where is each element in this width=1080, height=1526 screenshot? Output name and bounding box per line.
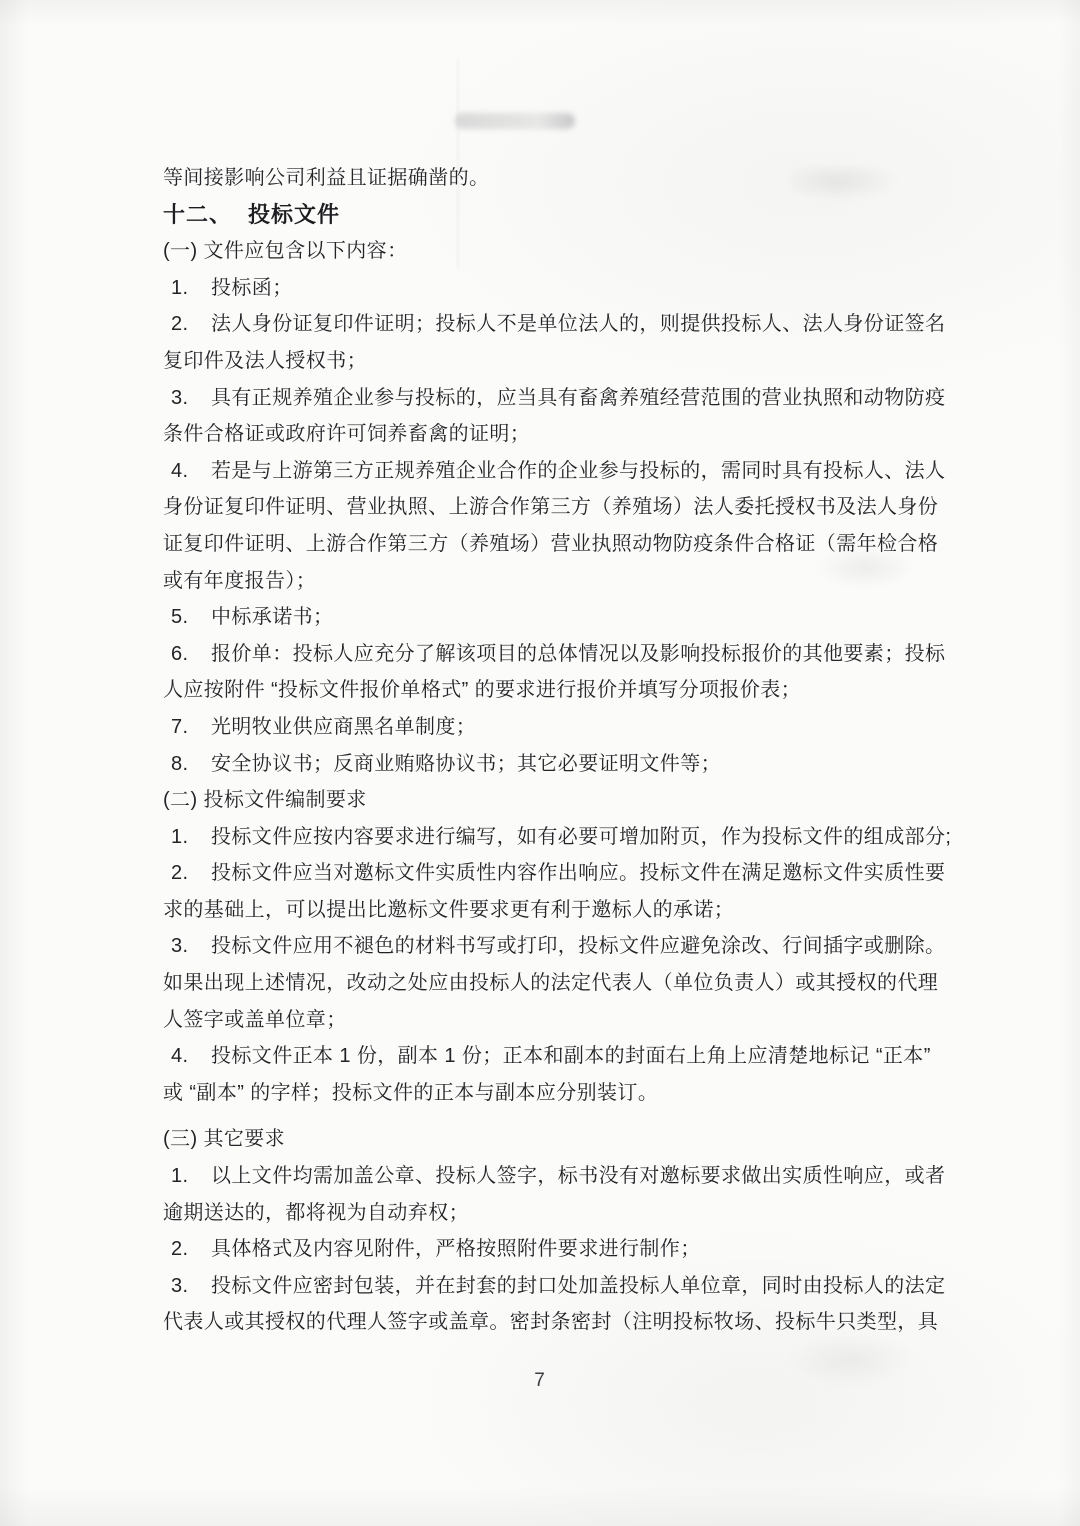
item-number: 2. — [171, 1231, 211, 1268]
item-text: 投标文件应当对邀标文件实质性内容作出响应。投标文件在满足邀标文件实质性要 — [211, 862, 945, 884]
item-text: 安全协议书；反商业贿赂协议书；其它必要证明文件等； — [211, 753, 721, 775]
heading-title: 投标文件 — [248, 202, 340, 227]
list-item-line: 3.投标文件应用不褪色的材料书写或打印，投标文件应避免涂改、行间插字或删除。 — [163, 928, 923, 965]
item-number: 7. — [171, 709, 211, 746]
list-item-line: 5.中标承诺书； — [163, 599, 923, 636]
item-text: 投标函； — [211, 277, 293, 299]
list-item-continuation: 人应按附件 “投标文件报价单格式” 的要求进行报价并填写分项报价表； — [163, 672, 923, 709]
section-heading: 十二、投标文件 — [163, 197, 923, 234]
section-label: (二) 投标文件编制要求 — [163, 782, 923, 819]
item-number: 1. — [171, 270, 211, 307]
list-item-line: 8.安全协议书；反商业贿赂协议书；其它必要证明文件等； — [163, 746, 923, 783]
item-text: 投标文件应密封包装，并在封套的封口处加盖投标人单位章，同时由投标人的法定 — [211, 1275, 945, 1297]
item-number: 4. — [171, 1038, 211, 1075]
list-item-line: 1.投标函； — [163, 270, 923, 307]
item-number: 4. — [171, 453, 211, 490]
item-text: 法人身份证复印件证明；投标人不是单位法人的，则提供投标人、法人身份证签名 — [211, 313, 945, 335]
list-item-continuation: 人签字或盖单位章； — [163, 1002, 923, 1039]
list-item-continuation: 证复印件证明、上游合作第三方（养殖场）营业执照动物防疫条件合格证（需年检合格 — [163, 526, 923, 563]
scan-smudge-artifact — [455, 113, 575, 129]
item-number: 1. — [171, 1158, 211, 1195]
item-number: 3. — [171, 380, 211, 417]
list-item-line: 3.投标文件应密封包装，并在封套的封口处加盖投标人单位章，同时由投标人的法定 — [163, 1268, 923, 1305]
item-number: 8. — [171, 746, 211, 783]
list-item-continuation: 条件合格证或政府许可饲养畜禽的证明； — [163, 416, 923, 453]
list-item-line: 4.若是与上游第三方正规养殖企业合作的企业参与投标的，需同时具有投标人、法人 — [163, 453, 923, 490]
list-item-line: 1.以上文件均需加盖公章、投标人签字，标书没有对邀标要求做出实质性响应，或者 — [163, 1158, 923, 1195]
list-item-continuation: 复印件及法人授权书； — [163, 343, 923, 380]
heading-number: 十二、 — [163, 202, 232, 227]
section-label: (三) 其它要求 — [163, 1121, 923, 1158]
item-number: 5. — [171, 599, 211, 636]
item-text: 具体格式及内容见附件，严格按照附件要求进行制作； — [211, 1238, 701, 1260]
list-item-line: 1.投标文件应按内容要求进行编写，如有必要可增加附页，作为投标文件的组成部分; — [163, 819, 923, 856]
item-number: 2. — [171, 855, 211, 892]
list-item-continuation: 求的基础上，可以提出比邀标文件要求更有利于邀标人的承诺； — [163, 892, 923, 929]
item-text: 投标文件应用不褪色的材料书写或打印，投标文件应避免涂改、行间插字或删除。 — [211, 935, 945, 957]
item-text: 投标文件应按内容要求进行编写，如有必要可增加附页，作为投标文件的组成部分; — [211, 826, 951, 848]
item-text: 若是与上游第三方正规养殖企业合作的企业参与投标的，需同时具有投标人、法人 — [211, 460, 945, 482]
list-item-continuation: 或 “副本” 的字样；投标文件的正本与副本应分别装订。 — [163, 1075, 923, 1112]
item-text: 报价单：投标人应充分了解该项目的总体情况以及影响投标报价的其他要素；投标 — [211, 643, 945, 665]
item-text: 中标承诺书； — [211, 606, 333, 628]
item-number: 1. — [171, 819, 211, 856]
list-item-line: 3.具有正规养殖企业参与投标的，应当具有畜禽养殖经营范围的营业执照和动物防疫 — [163, 380, 923, 417]
paragraph-line: 等间接影响公司利益且证据确凿的。 — [163, 160, 923, 197]
item-text: 投标文件正本 1 份，副本 1 份；正本和副本的封面右上角上应清楚地标记 “正本… — [211, 1045, 931, 1067]
list-item-continuation: 身份证复印件证明、营业执照、上游合作第三方（养殖场）法人委托授权书及法人身份 — [163, 489, 923, 526]
list-item-continuation: 如果出现上述情况，改动之处应由投标人的法定代表人（单位负责人）或其授权的代理 — [163, 965, 923, 1002]
item-number: 3. — [171, 1268, 211, 1305]
list-item-continuation: 代表人或其授权的代理人签字或盖章。密封条密封（注明投标牧场、投标牛只类型，具 — [163, 1304, 923, 1341]
list-item-continuation: 逾期送达的，都将视为自动弃权； — [163, 1195, 923, 1232]
item-number: 2. — [171, 306, 211, 343]
item-text: 以上文件均需加盖公章、投标人签字，标书没有对邀标要求做出实质性响应，或者 — [211, 1165, 945, 1187]
list-item-line: 2.具体格式及内容见附件，严格按照附件要求进行制作； — [163, 1231, 923, 1268]
list-item-line: 7.光明牧业供应商黑名单制度； — [163, 709, 923, 746]
section-label: (一) 文件应包含以下内容： — [163, 233, 923, 270]
list-item-line: 2.投标文件应当对邀标文件实质性内容作出响应。投标文件在满足邀标文件实质性要 — [163, 855, 923, 892]
list-item-line: 6.报价单：投标人应充分了解该项目的总体情况以及影响投标报价的其他要素；投标 — [163, 636, 923, 673]
item-text: 光明牧业供应商黑名单制度； — [211, 716, 476, 738]
item-text: 具有正规养殖企业参与投标的，应当具有畜禽养殖经营范围的营业执照和动物防疫 — [211, 387, 945, 409]
item-number: 6. — [171, 636, 211, 673]
list-item-line: 4.投标文件正本 1 份，副本 1 份；正本和副本的封面右上角上应清楚地标记 “… — [163, 1038, 923, 1075]
page-number: 7 — [0, 1370, 1080, 1392]
list-item-continuation: 或有年度报告）； — [163, 563, 923, 600]
list-item-line: 2.法人身份证复印件证明；投标人不是单位法人的，则提供投标人、法人身份证签名 — [163, 306, 923, 343]
item-number: 3. — [171, 928, 211, 965]
document-body: 等间接影响公司利益且证据确凿的。十二、投标文件(一) 文件应包含以下内容：1.投… — [163, 160, 923, 1341]
